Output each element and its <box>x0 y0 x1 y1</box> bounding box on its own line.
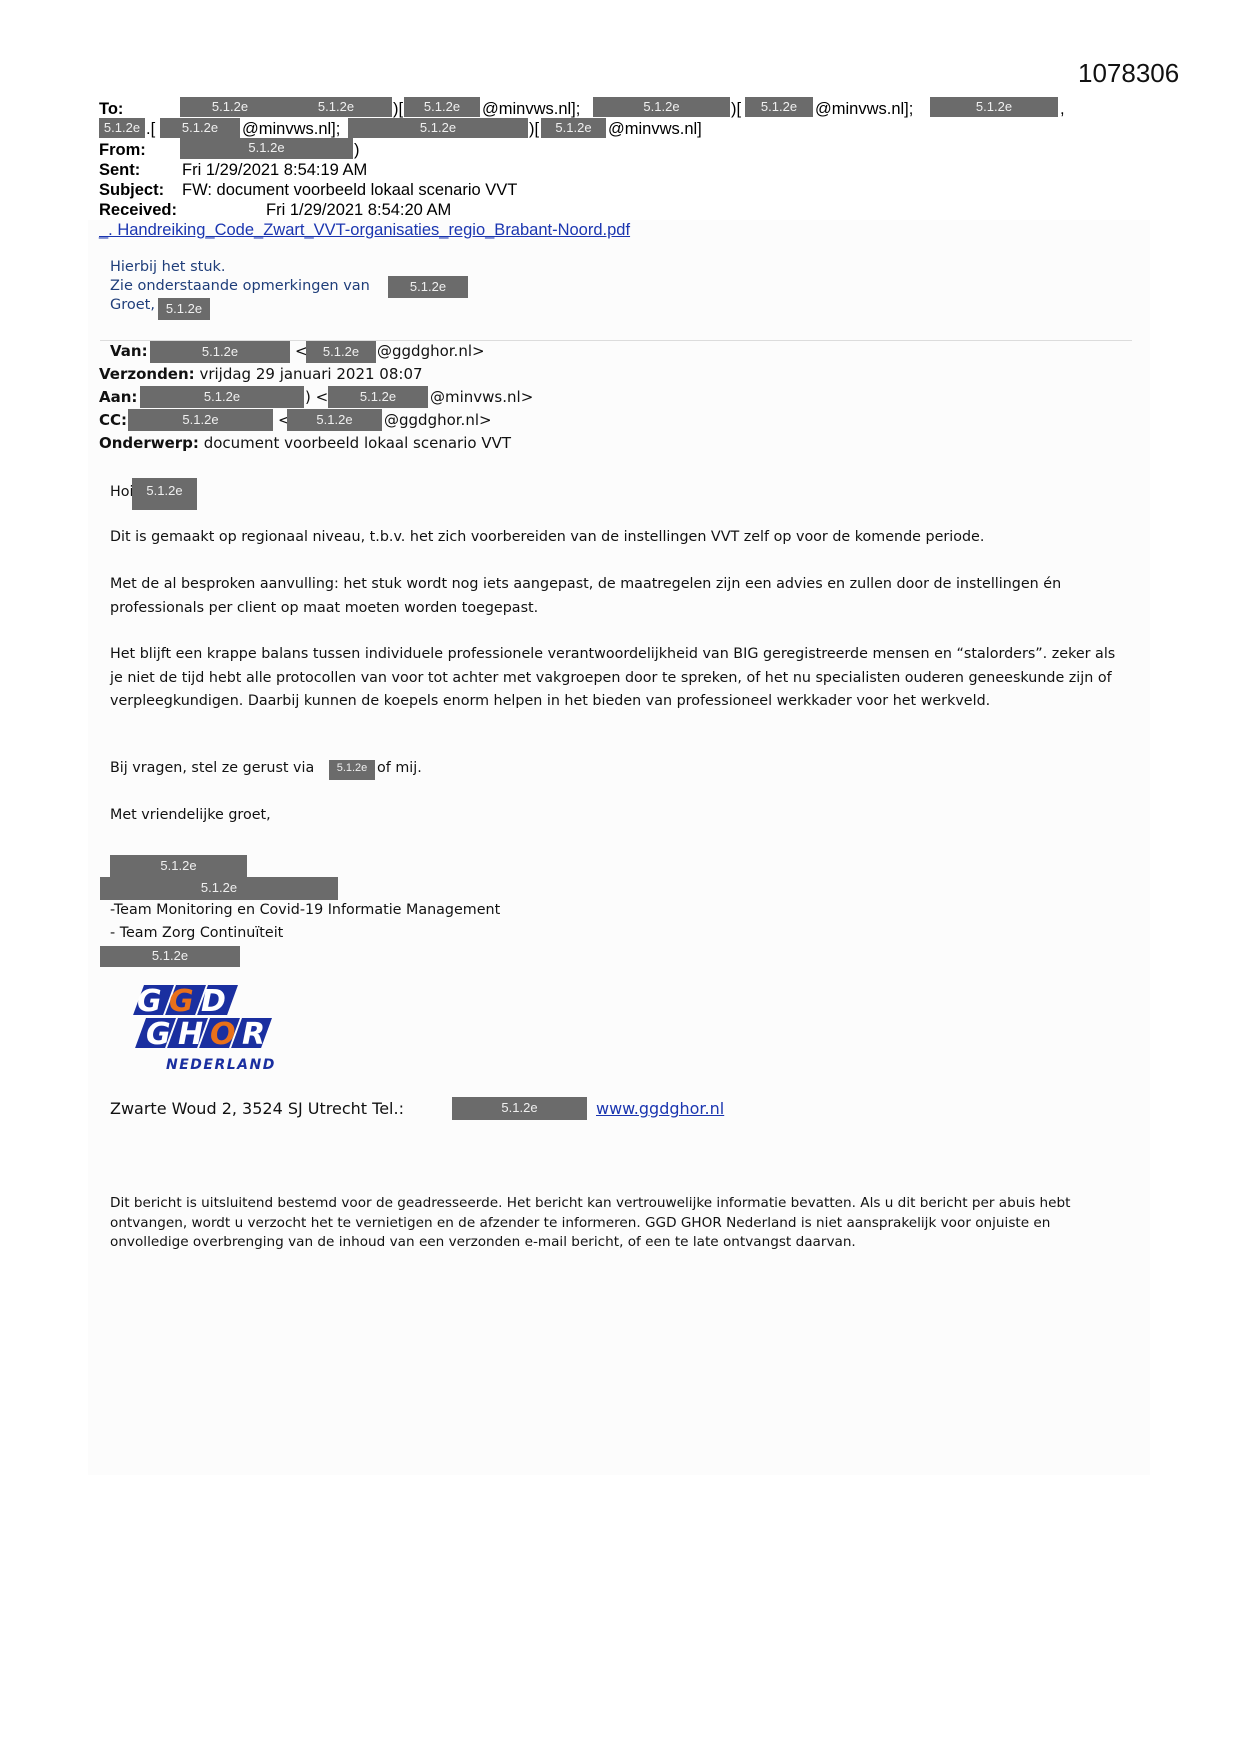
redaction: 5.1.2e <box>593 97 730 117</box>
redaction: 5.1.2e <box>180 138 353 159</box>
redaction: 5.1.2e <box>348 118 528 138</box>
to-email-domain: @minvws.nl] <box>608 120 702 139</box>
to-email-domain: @minvws.nl]; <box>242 120 340 139</box>
to-email-domain: @minvws.nl]; <box>815 100 913 119</box>
redaction: 5.1.2e <box>128 409 273 431</box>
address-text: Zwarte Woud 2, 3524 SJ Utrecht Tel.: <box>110 1099 404 1118</box>
svg-text:R: R <box>242 1017 265 1052</box>
body-paragraph: Het blijft een krappe balans tussen indi… <box>110 643 1120 714</box>
aan-email-domain: @minvws.nl> <box>430 388 533 406</box>
redaction: 5.1.2e <box>100 877 338 900</box>
redaction: 5.1.2e <box>140 386 304 408</box>
redaction: 5.1.2e <box>280 97 392 117</box>
redaction: 5.1.2e <box>100 946 240 967</box>
cc-label: CC: <box>99 411 127 429</box>
svg-text:D: D <box>201 985 226 1019</box>
redaction: 5.1.2e <box>99 118 145 138</box>
redaction: 5.1.2e <box>150 341 290 363</box>
attachment-link[interactable]: _. Handreiking_Code_Zwart_VVT-organisati… <box>99 221 630 240</box>
redaction: 5.1.2e <box>110 855 247 878</box>
received-value: Fri 1/29/2021 8:54:20 AM <box>266 201 451 220</box>
document-number: 1078306 <box>1078 58 1179 89</box>
redaction: 5.1.2e <box>328 386 428 408</box>
forward-note-line: Groet, <box>110 297 155 313</box>
website-link[interactable]: www.ggdghor.nl <box>596 1099 724 1118</box>
to-label: To: <box>99 100 123 119</box>
to-separator: )[ <box>731 100 741 119</box>
to-email-domain: @minvws.nl]; <box>482 100 580 119</box>
forward-note-line: Zie onderstaande opmerkingen van <box>110 278 370 294</box>
onderwerp-row: Onderwerp: document voorbeeld lokaal sce… <box>99 434 511 452</box>
body-paragraph: Met de al besproken aanvulling: het stuk… <box>110 573 1120 620</box>
subject-value: FW: document voorbeeld lokaal scenario V… <box>182 181 517 200</box>
redaction: 5.1.2e <box>287 409 382 431</box>
from-suffix: ) <box>354 141 360 160</box>
svg-text:G: G <box>146 1017 171 1052</box>
redaction: 5.1.2e <box>388 276 468 298</box>
sent-value: Fri 1/29/2021 8:54:19 AM <box>182 161 367 180</box>
subject-label: Subject: <box>99 181 164 200</box>
redaction: 5.1.2e <box>745 97 813 117</box>
svg-text:O: O <box>210 1017 236 1052</box>
signature-team: - Team Zorg Continuïteit <box>110 925 283 941</box>
to-separator: )[ <box>393 100 403 119</box>
redaction: 5.1.2e <box>452 1097 587 1120</box>
to-separator: )[ <box>529 120 539 139</box>
svg-text:G: G <box>137 985 162 1019</box>
aan-bracket: ) < <box>305 388 328 406</box>
verzonden-row: Verzonden: vrijdag 29 januari 2021 08:07 <box>99 365 423 383</box>
onderwerp-value: document voorbeeld lokaal scenario VVT <box>204 434 511 452</box>
sent-label: Sent: <box>99 161 140 180</box>
closing: Met vriendelijke groet, <box>110 807 271 823</box>
van-email-domain: @ggdghor.nl> <box>377 342 485 360</box>
to-separator: , <box>1060 100 1065 119</box>
svg-text:H: H <box>178 1017 203 1052</box>
redaction: 5.1.2e <box>160 118 240 138</box>
redaction: 5.1.2e <box>180 97 280 117</box>
body-question-text: Bij vragen, stel ze gerust via <box>110 760 314 776</box>
svg-text:NEDERLAND: NEDERLAND <box>166 1057 276 1073</box>
body-paragraph: Dit is gemaakt op regionaal niveau, t.b.… <box>110 526 1140 550</box>
verzonden-value: vrijdag 29 januari 2021 08:07 <box>199 365 422 383</box>
received-label: Received: <box>99 201 177 220</box>
to-separator: .[ <box>146 120 155 139</box>
redaction: 5.1.2e <box>306 341 376 363</box>
van-label: Van: <box>110 342 148 360</box>
aan-label: Aan: <box>99 388 137 406</box>
body-question-text: of mij. <box>377 760 422 776</box>
redaction: 5.1.2e <box>329 760 375 780</box>
greeting: Hoi <box>110 484 133 500</box>
redaction: 5.1.2e <box>930 97 1058 117</box>
redaction: 5.1.2e <box>158 298 210 320</box>
redaction: 5.1.2e <box>541 118 606 138</box>
ggd-ghor-logo: G G D G H O R NEDERLAND <box>128 985 288 1075</box>
disclaimer-text: Dit bericht is uitsluitend bestemd voor … <box>110 1194 1120 1253</box>
forward-note-line: Hierbij het stuk. <box>110 259 226 275</box>
from-label: From: <box>99 141 146 160</box>
svg-text:G: G <box>169 985 194 1019</box>
redaction: 5.1.2e <box>404 97 480 117</box>
signature-team: -Team Monitoring en Covid-19 Informatie … <box>110 902 500 918</box>
redaction: 5.1.2e <box>132 478 197 510</box>
cc-email-domain: @ggdghor.nl> <box>384 411 492 429</box>
